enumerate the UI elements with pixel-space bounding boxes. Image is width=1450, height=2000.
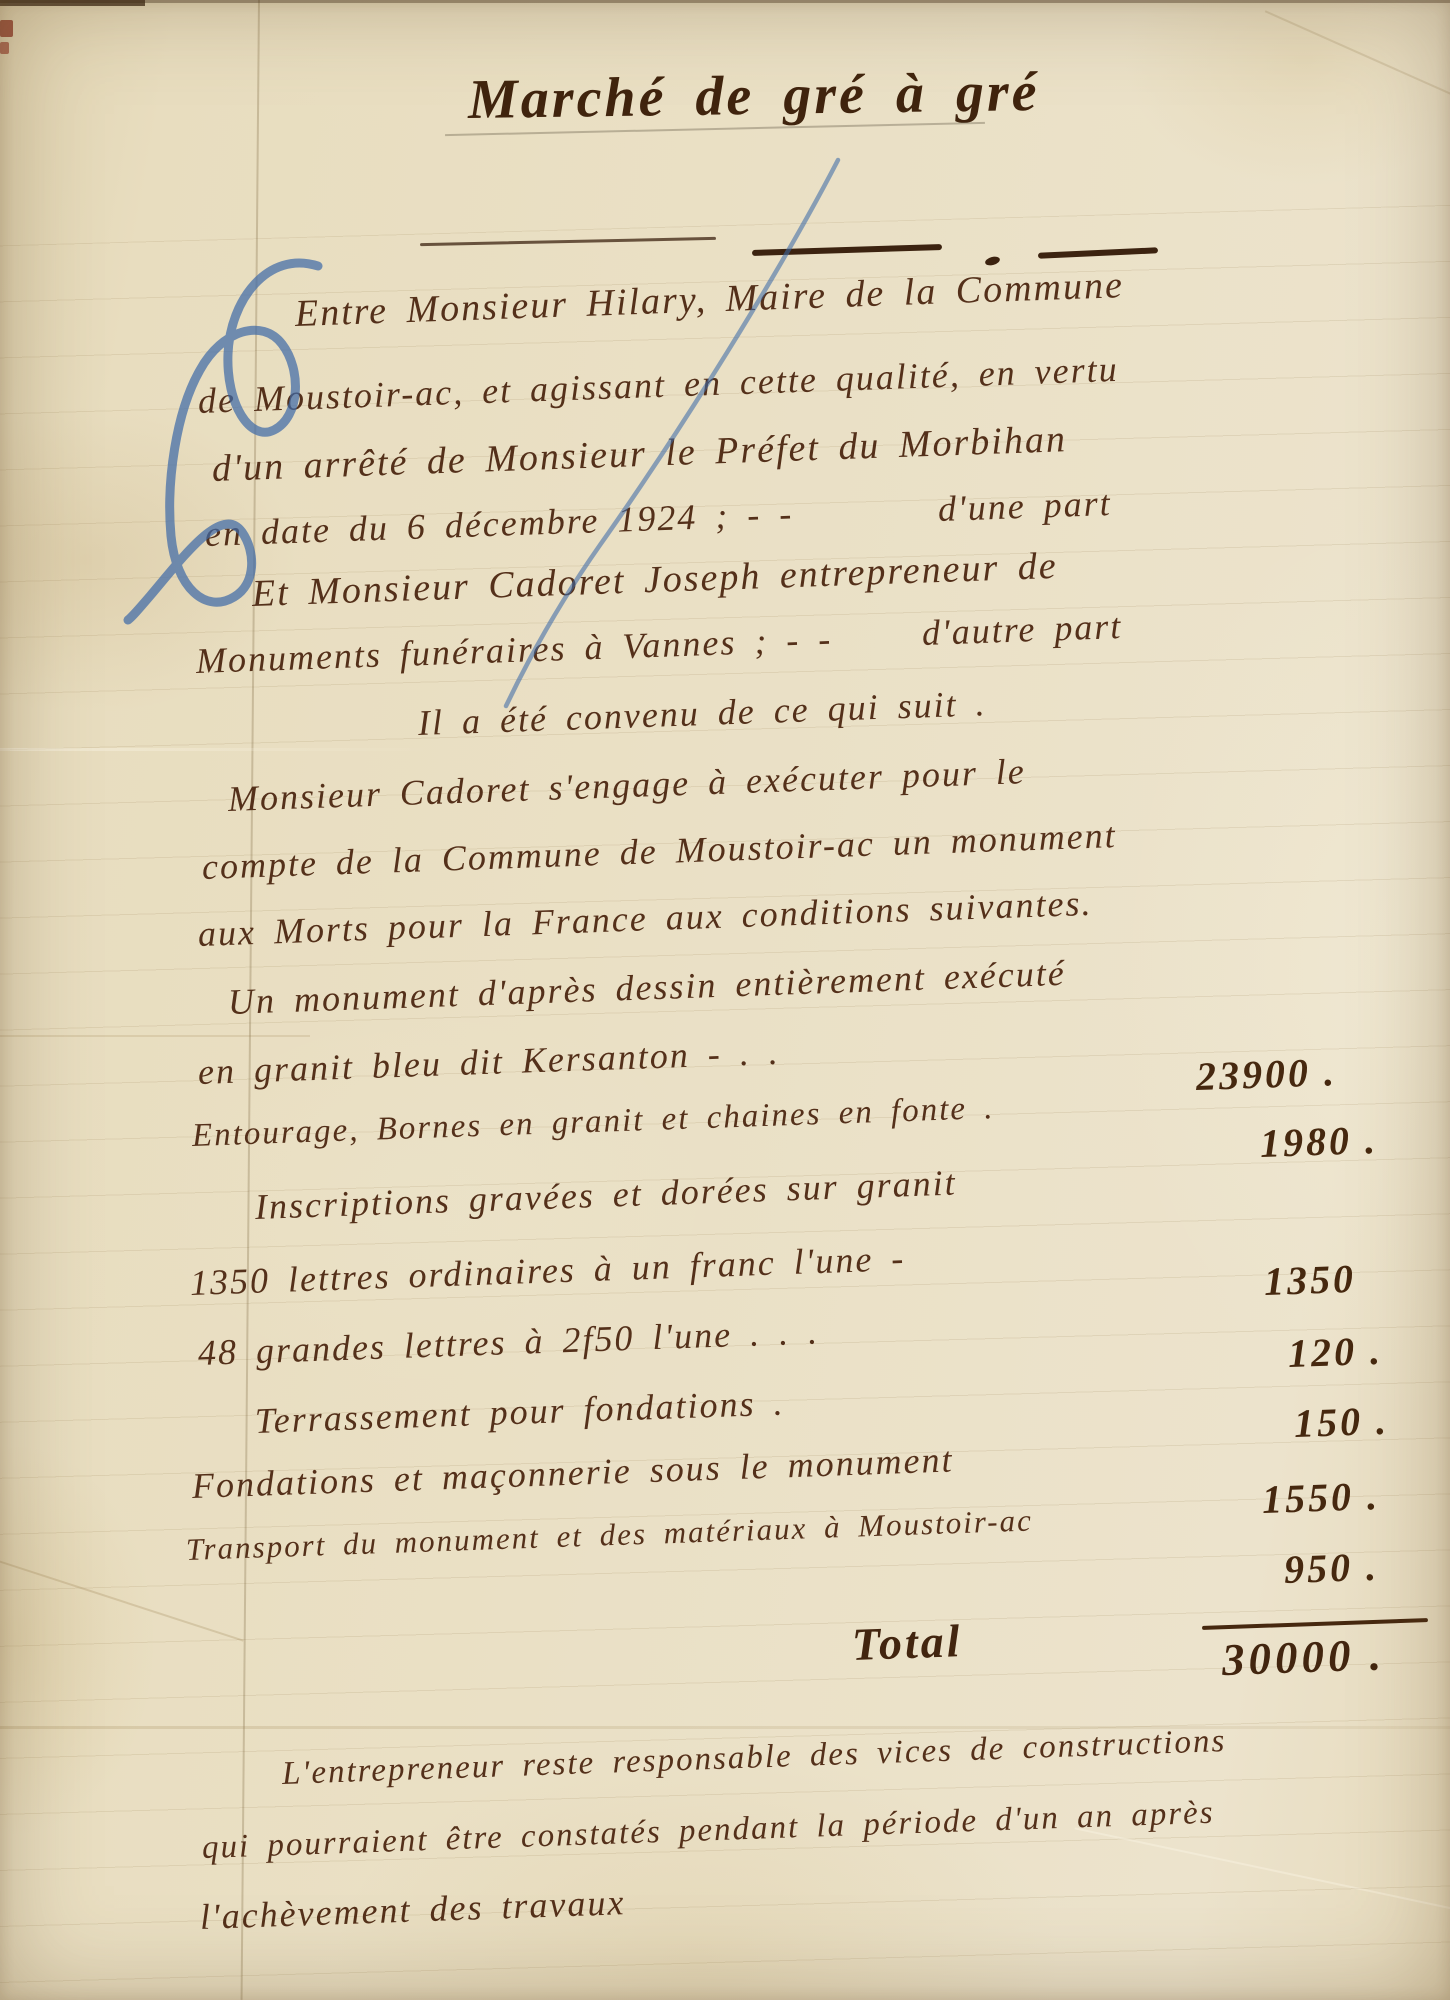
horizontal-crease: [0, 1035, 310, 1037]
manuscript-line: L'entrepreneur reste responsable des vic…: [281, 1723, 1227, 1793]
title-rule-thick: [752, 244, 942, 256]
item-line: en granit bleu dit Kersanton - . .: [197, 1031, 780, 1093]
diagonal-crease: [1074, 1827, 1450, 1918]
total-sum-line: [1202, 1618, 1428, 1630]
horizontal-crease: [0, 1726, 1450, 1729]
item-line: Terrassement pour fondations .: [254, 1382, 785, 1442]
total-label: Total: [851, 1614, 963, 1671]
manuscript-line: de Moustoir-ac, et agissant en cette qua…: [197, 348, 1119, 422]
diagonal-crease: [0, 1556, 244, 1641]
title-rule-dot: [984, 255, 1001, 267]
total-value: 30000 .: [1221, 1628, 1386, 1686]
manuscript-line: Il a été convenu de ce qui suit .: [417, 682, 987, 744]
manuscript-page: Marché de gré à gré Entre Monsieur Hilar…: [0, 0, 1450, 2000]
manuscript-line: d'une part: [937, 482, 1112, 530]
manuscript-line: en date du 6 décembre 1924 ; - -: [204, 492, 794, 555]
document-title: Marché de gré à gré: [468, 60, 1040, 132]
item-line: 48 grandes lettres à 2f50 l'une . . .: [197, 1310, 819, 1374]
price-value: 1550 .: [1261, 1472, 1381, 1523]
top-left-edge-dark: [0, 0, 145, 6]
manuscript-line: Et Monsieur Cadoret Joseph entrepreneur …: [251, 544, 1058, 616]
manuscript-line: l'achèvement des travaux: [199, 1881, 626, 1938]
manuscript-line: d'autre part: [921, 605, 1123, 654]
item-line: Un monument d'après dessin entièrement e…: [227, 952, 1066, 1023]
manuscript-line: compte de la Commune de Moustoir-ac un m…: [201, 814, 1117, 888]
price-value: 23900 .: [1195, 1048, 1338, 1100]
diagonal-crease: [1265, 10, 1450, 107]
price-value: 950 .: [1283, 1543, 1380, 1593]
price-value: 1350: [1263, 1255, 1357, 1305]
price-value: 120 .: [1287, 1327, 1384, 1377]
red-edge-mark: [0, 20, 13, 37]
item-line: Transport du monument et des matériaux à…: [185, 1502, 1033, 1568]
title-rule-thin: [420, 237, 716, 246]
item-line: 1350 lettres ordinaires à un franc l'une…: [189, 1237, 906, 1304]
top-edge-shadow: [0, 0, 1450, 3]
horizontal-crease: [0, 748, 430, 751]
manuscript-line: Monsieur Cadoret s'engage à exécuter pou…: [227, 750, 1026, 820]
manuscript-line: qui pourraient être constatés pendant la…: [201, 1795, 1215, 1867]
manuscript-line: d'un arrêté de Monsieur le Préfet du Mor…: [211, 417, 1067, 491]
price-value: 1980 .: [1259, 1116, 1379, 1167]
manuscript-line: aux Morts pour la France aux conditions …: [197, 882, 1093, 955]
item-line: Fondations et maçonnerie sous le monumen…: [191, 1438, 954, 1507]
price-value: 150 .: [1293, 1397, 1390, 1447]
manuscript-line: Monuments funéraires à Vannes ; - -: [195, 618, 833, 682]
item-line: Inscriptions gravées et dorées sur grani…: [254, 1162, 957, 1228]
red-edge-mark: [0, 42, 9, 54]
manuscript-line: Entre Monsieur Hilary, Maire de la Commu…: [294, 263, 1124, 336]
item-line: Entourage, Bornes en granit et chaines e…: [191, 1090, 995, 1155]
title-rule-thick: [1038, 247, 1158, 258]
